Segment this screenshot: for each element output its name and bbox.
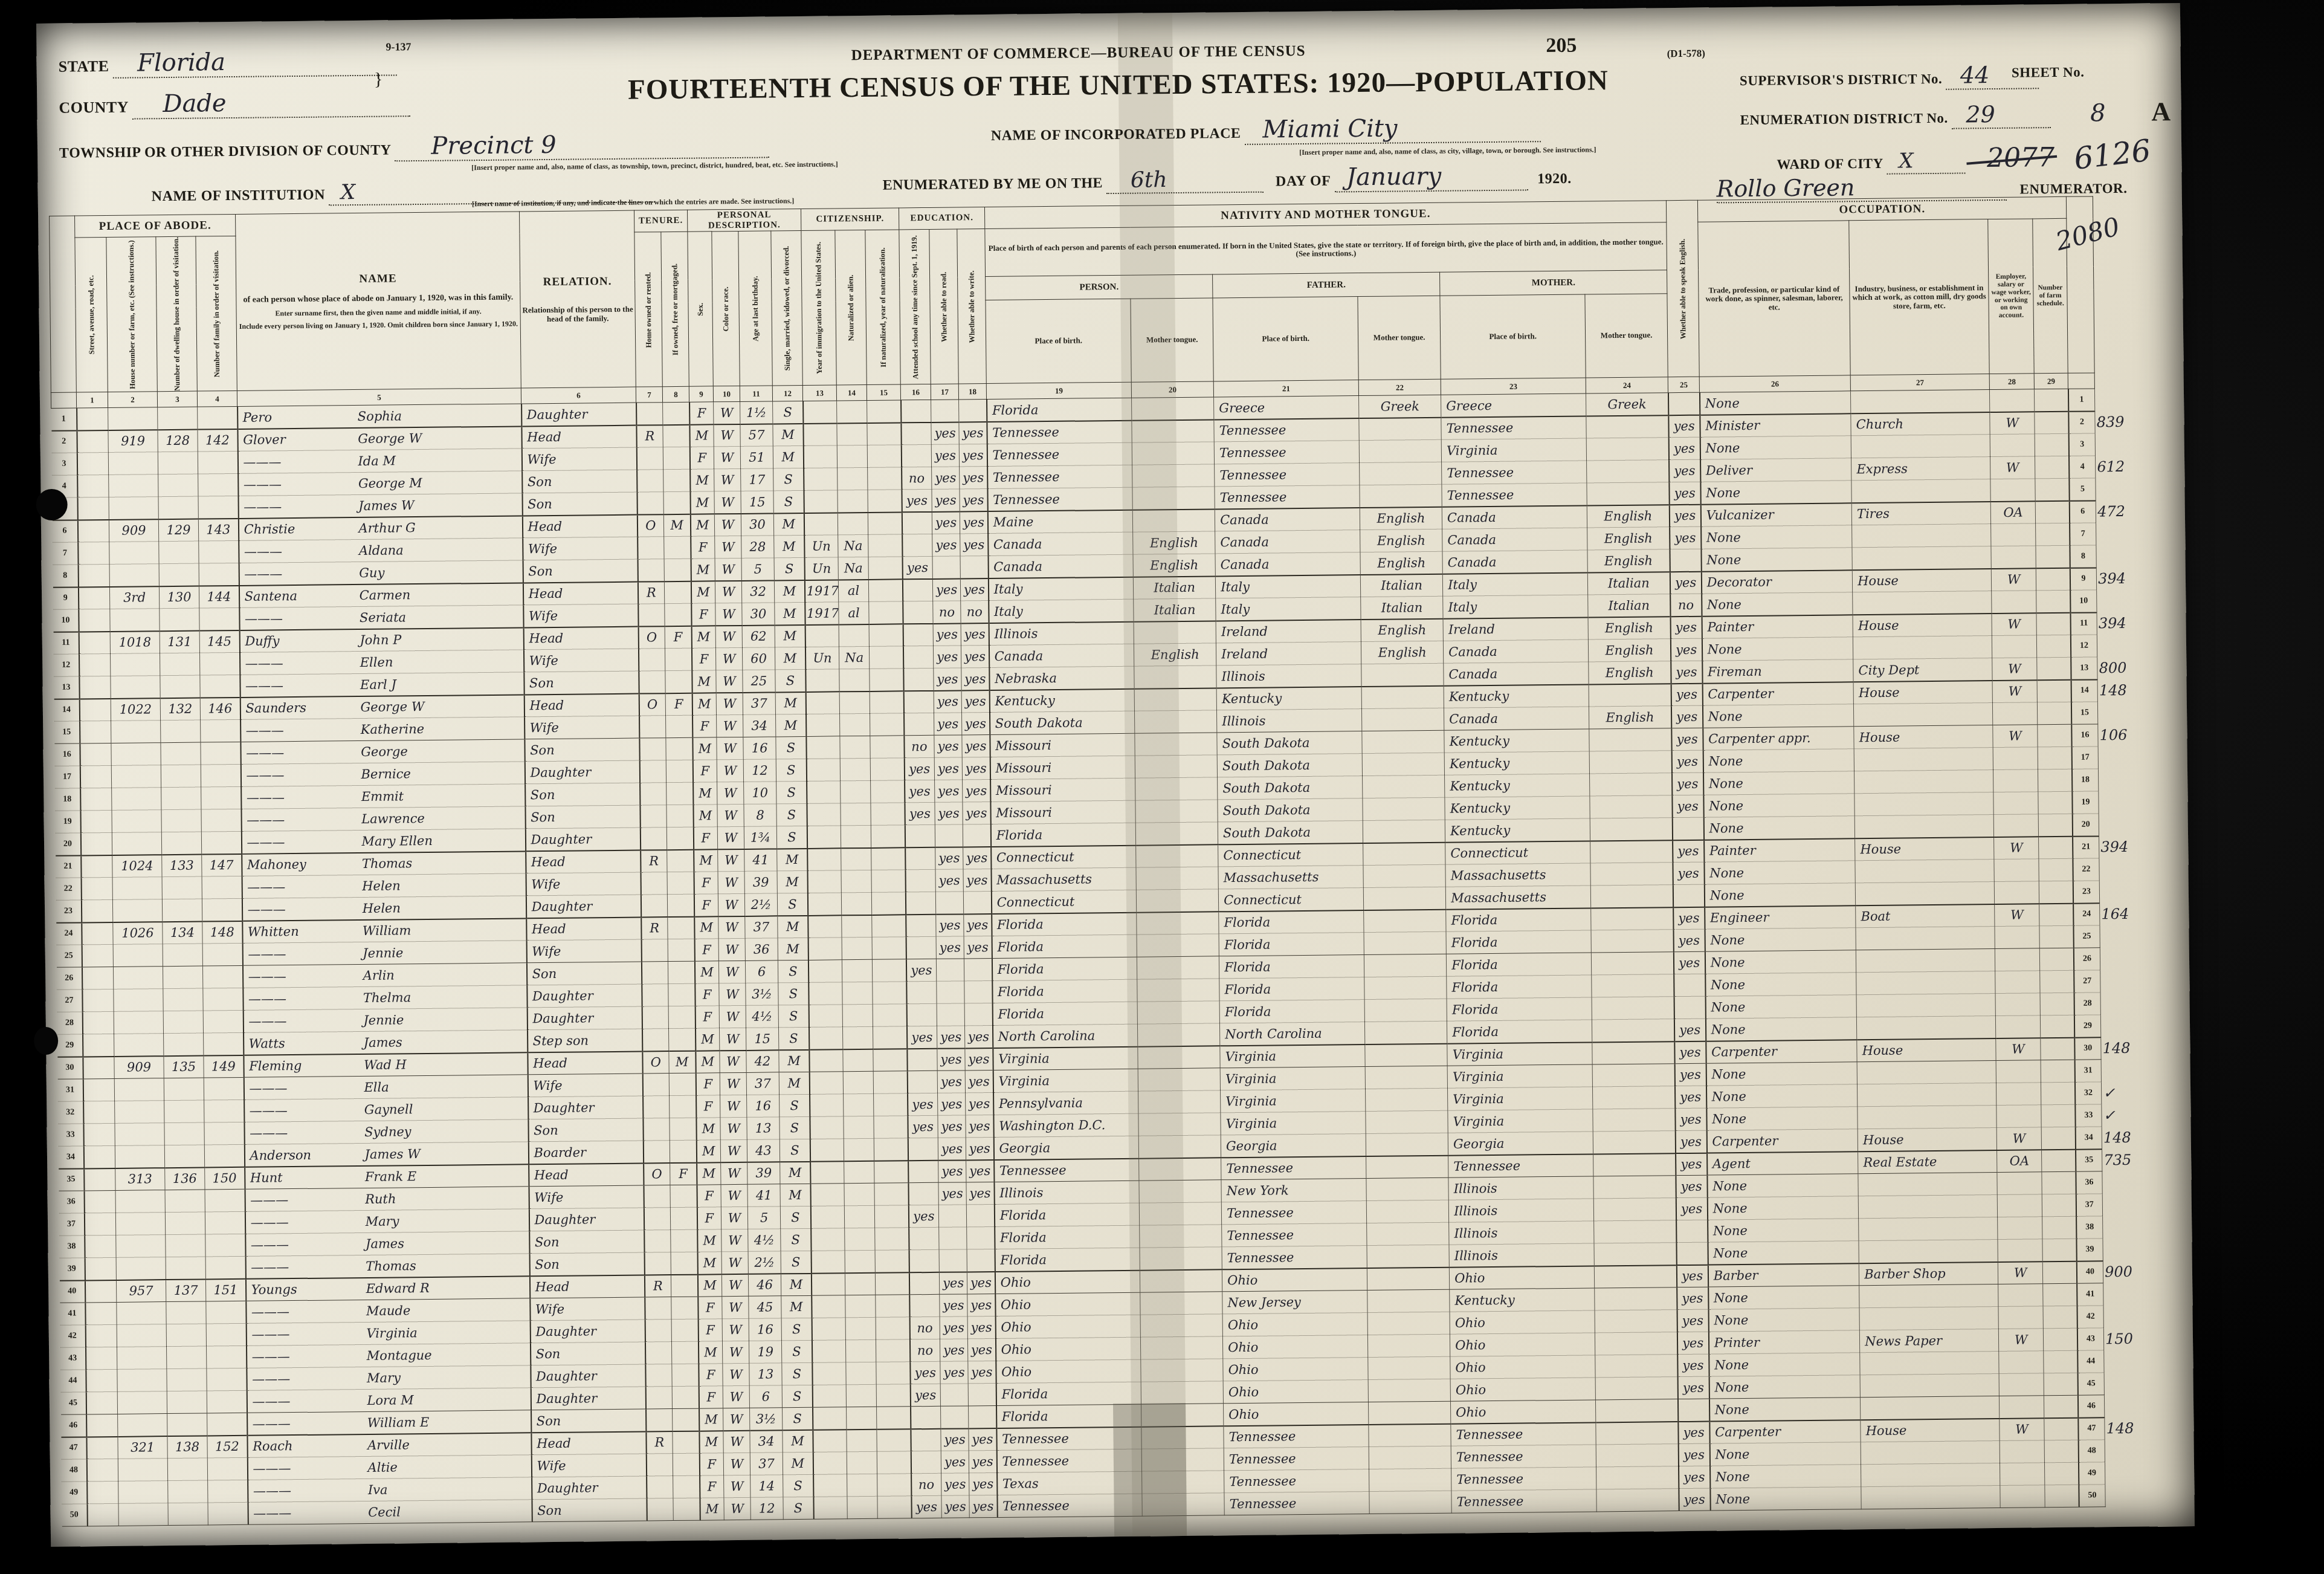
cell-col: W xyxy=(714,447,740,469)
cell-cls xyxy=(1997,1172,2042,1195)
cell-naty xyxy=(868,490,902,513)
cell-col: W xyxy=(723,1363,749,1385)
cell-rd: yes xyxy=(931,444,959,467)
cell-fpb: New Jersey xyxy=(1222,1291,1367,1314)
line-number-right: 23 xyxy=(2073,881,2099,903)
cell-nat: Na xyxy=(838,557,868,580)
surname: ——— xyxy=(244,476,358,492)
cell-imm xyxy=(812,1385,846,1408)
cell-naty xyxy=(873,1004,906,1027)
cell-mar: M xyxy=(779,1072,809,1094)
cell-pb: Texas xyxy=(997,1471,1142,1495)
county-label: COUNTY xyxy=(59,99,129,117)
cell-col: W xyxy=(717,782,744,805)
cell-cls xyxy=(1990,434,2035,457)
cell-street xyxy=(87,1482,118,1504)
cell-street xyxy=(82,1012,114,1034)
cell-eng xyxy=(1668,392,1700,415)
margin-number: 612 xyxy=(2096,455,2149,478)
cell-mt xyxy=(1132,487,1215,510)
cell-eng: yes xyxy=(1671,750,1703,772)
cell-imm xyxy=(806,714,840,737)
cell-fmt xyxy=(1368,1334,1450,1357)
cell-mpb: Canada xyxy=(1442,505,1587,529)
cell-wr: yes xyxy=(966,1138,993,1160)
cell-home xyxy=(642,1006,668,1029)
line-number-right: 18 xyxy=(2072,769,2099,791)
cell-mort xyxy=(673,1475,700,1498)
cell-mt xyxy=(1140,1314,1222,1337)
cell-fmt xyxy=(1367,1222,1449,1245)
given-name: Ella xyxy=(364,1080,389,1095)
cell-col: W xyxy=(722,1318,749,1341)
cell-naty xyxy=(867,400,901,423)
cell-mar: M xyxy=(774,536,804,558)
line-number-right: 49 xyxy=(2079,1462,2105,1485)
cell-age: 1½ xyxy=(740,401,773,424)
cell-street xyxy=(77,520,109,542)
cell-dwell: 138 xyxy=(167,1436,207,1459)
cell-street xyxy=(79,632,110,654)
cell-street xyxy=(86,1437,118,1459)
margin-number xyxy=(2103,1283,2157,1306)
given-name: William xyxy=(363,924,412,939)
cell-house xyxy=(112,832,161,855)
cell-cls xyxy=(1996,1015,2041,1038)
cell-rel: Daughter xyxy=(527,1006,642,1030)
cell-trade: None xyxy=(1702,592,1853,616)
cell-street xyxy=(81,855,112,878)
cell-name: ———Ruth xyxy=(245,1187,529,1212)
cell-home xyxy=(640,783,667,805)
cell-sex: F xyxy=(700,1475,724,1498)
cell-dwell xyxy=(166,1301,206,1324)
cell-dwell: 130 xyxy=(159,586,199,609)
cell-pb: South Dakota xyxy=(990,711,1135,734)
margin-number xyxy=(2103,1305,2157,1328)
cell-mort xyxy=(668,961,694,983)
cell-fpb: Tennessee xyxy=(1214,418,1359,442)
cell-sch xyxy=(911,1406,941,1428)
col-sex: Sex. xyxy=(688,232,713,386)
cell-farm xyxy=(2042,1261,2076,1284)
cell-age: 60 xyxy=(742,647,775,670)
cell-trade: None xyxy=(1708,1286,1859,1309)
cell-dwell: 129 xyxy=(158,519,198,542)
cell-fpb: Ohio xyxy=(1222,1313,1367,1336)
enumeration-district-value: 29 xyxy=(1951,100,2050,129)
cell-mt xyxy=(1138,1135,1221,1158)
given-name: James W xyxy=(364,1147,421,1162)
given-name: Carmen xyxy=(360,588,411,603)
cell-nat xyxy=(837,401,867,423)
cell-naty xyxy=(870,691,903,714)
cell-name: ———Mary Ellen xyxy=(241,829,525,854)
cell-fpb: Tennessee xyxy=(1224,1492,1369,1515)
cell-ind: House xyxy=(1853,681,1992,704)
cell-house xyxy=(115,1145,164,1168)
cell-col: W xyxy=(717,805,744,827)
cell-pb: Tennessee xyxy=(996,1449,1141,1472)
col-naturalization-year: If naturalized, year of naturalization. xyxy=(865,230,900,385)
cell-sch xyxy=(906,914,936,936)
cell-mt xyxy=(1141,1336,1223,1359)
surname: ——— xyxy=(248,968,363,984)
cell-mmt xyxy=(1590,840,1673,863)
sheet-label: SHEET No. xyxy=(2012,65,2085,80)
cell-nat xyxy=(841,825,871,847)
line-number-right: 32 xyxy=(2075,1082,2102,1104)
group-place-of-abode: PLACE OF ABODE. xyxy=(75,214,236,238)
cell-mmt xyxy=(1586,415,1668,438)
cell-mpb: Virginia xyxy=(1447,1064,1592,1088)
cell-ind: House xyxy=(1861,1419,2000,1442)
cell-mort xyxy=(668,916,694,939)
cell-farm xyxy=(2042,1194,2076,1217)
margin-number xyxy=(2099,813,2152,836)
cell-sch: yes xyxy=(906,959,937,981)
cell-fmt: English xyxy=(1360,529,1442,552)
cell-age: 37 xyxy=(743,692,775,715)
cell-cls xyxy=(2000,1485,2045,1508)
cell-fmt xyxy=(1362,753,1444,776)
cell-home xyxy=(643,1141,670,1163)
cell-naty xyxy=(868,512,902,535)
cell-age: 12 xyxy=(743,759,776,782)
cell-rel: Wife xyxy=(523,649,638,672)
given-name: Frank E xyxy=(365,1169,417,1184)
cell-name: ———George xyxy=(240,739,525,765)
cell-farm xyxy=(2038,769,2072,792)
cell-cls xyxy=(1998,1306,2043,1329)
cell-fpb: Virginia xyxy=(1221,1089,1366,1113)
cell-street xyxy=(77,475,109,497)
cell-mpb: Italy xyxy=(1442,572,1587,596)
col-naturalized: Naturalized or alien. xyxy=(835,230,867,385)
cell-mar: M xyxy=(775,625,805,647)
cell-mar: S xyxy=(780,1139,810,1161)
cell-sex: F xyxy=(689,402,714,424)
cell-fpb: Tennessee xyxy=(1215,463,1360,487)
cell-rel: Son xyxy=(531,1342,645,1365)
cell-rd: yes xyxy=(940,1317,967,1339)
line-number-right: 50 xyxy=(2079,1485,2105,1507)
cell-col: W xyxy=(714,469,741,491)
cell-mt xyxy=(1138,1068,1220,1091)
cell-cls xyxy=(1996,1105,2041,1128)
cell-age: 39 xyxy=(744,871,777,894)
cell-eng: yes xyxy=(1679,1466,1710,1488)
cell-trade: None xyxy=(1701,548,1852,571)
form-header: STATE Florida COUNTY Dade } TOWNSHIP OR … xyxy=(47,19,2182,216)
cell-rd: yes xyxy=(934,690,961,713)
given-name: Jennie xyxy=(363,945,403,960)
cell-pb: Florida xyxy=(992,1002,1137,1025)
cell-mar: S xyxy=(773,468,804,491)
cell-wr: yes xyxy=(960,489,987,511)
cell-sch xyxy=(905,824,935,847)
cell-ind xyxy=(1860,1374,1999,1397)
col-able-to-read: Whether able to read. xyxy=(929,229,958,384)
cell-mmt: English xyxy=(1587,549,1670,572)
cell-eng xyxy=(1676,1242,1708,1265)
cell-wr: yes xyxy=(964,914,992,936)
given-name: John P xyxy=(360,633,401,648)
cell-rd: yes xyxy=(934,735,962,757)
cell-mar: S xyxy=(775,670,805,692)
cell-naty xyxy=(870,669,903,691)
cell-dwell xyxy=(163,944,202,967)
margin-number xyxy=(2097,634,2151,657)
cell-mpb: Illinois xyxy=(1448,1176,1593,1200)
cell-name: ———Earl J xyxy=(240,672,524,698)
cell-sch: yes xyxy=(902,490,932,512)
cell-fpb: Connecticut xyxy=(1218,888,1363,912)
cell-farm xyxy=(2036,612,2070,635)
col-father-tongue: Mother tongue. xyxy=(1358,296,1441,380)
cell-mt xyxy=(1136,867,1218,890)
cell-dwell xyxy=(163,966,202,989)
cell-naty xyxy=(868,534,902,557)
surname: ——— xyxy=(247,901,362,917)
cell-fam xyxy=(204,1122,244,1145)
cell-fpb: South Dakota xyxy=(1217,754,1362,777)
cell-fpb: Tennessee xyxy=(1222,1223,1367,1247)
cell-home xyxy=(645,1364,672,1387)
cell-mmt xyxy=(1592,997,1674,1020)
cell-dwell xyxy=(162,899,202,922)
cell-name: ———William E xyxy=(247,1410,531,1436)
cell-mar: M xyxy=(773,513,804,536)
cell-fmt xyxy=(1369,1423,1451,1446)
cell-naty xyxy=(871,870,905,893)
line-number-right: 5 xyxy=(2069,478,2096,500)
cell-wr: yes xyxy=(969,1473,997,1495)
cell-mar: M xyxy=(776,714,806,737)
cell-sch xyxy=(901,445,931,467)
cell-trade: None xyxy=(1705,995,1856,1019)
cell-mt: Italian xyxy=(1133,576,1215,599)
cell-sex: M xyxy=(694,961,718,983)
line-number: 42 xyxy=(60,1325,85,1347)
cell-age: 37 xyxy=(750,1453,783,1475)
cell-trade: None xyxy=(1702,637,1853,661)
cell-street xyxy=(79,676,111,699)
cell-name: ———Lawrence xyxy=(241,806,525,832)
cell-mpb: Ohio xyxy=(1450,1333,1595,1356)
cell-fmt xyxy=(1364,976,1447,999)
cell-mar: S xyxy=(781,1318,812,1340)
given-name: Ruth xyxy=(365,1192,396,1206)
cell-mar: M xyxy=(780,1161,810,1184)
cell-mpb: Greece xyxy=(1441,393,1586,417)
line-number-right: 25 xyxy=(2073,925,2100,948)
cell-fam xyxy=(202,965,242,988)
cell-fmt xyxy=(1363,864,1445,887)
cell-cls xyxy=(2000,1396,2044,1419)
cell-naty xyxy=(877,1407,911,1430)
cell-rel: Wife xyxy=(529,1185,644,1209)
margin-number xyxy=(2099,791,2152,814)
cell-age: 5 xyxy=(741,558,774,581)
line-number: 30 xyxy=(57,1057,83,1079)
cell-col: W xyxy=(723,1385,749,1408)
cell-mar: S xyxy=(779,1027,809,1049)
cell-ind xyxy=(1856,994,1995,1017)
cell-fmt xyxy=(1363,797,1445,820)
cell-mort xyxy=(669,1028,696,1051)
cell-sex: M xyxy=(690,514,714,536)
cell-trade: None xyxy=(1700,436,1851,459)
cell-dwell xyxy=(167,1368,207,1391)
surname: Mahoney xyxy=(247,857,362,872)
cell-ind: News Paper xyxy=(1860,1329,1999,1353)
cell-ind xyxy=(1859,1284,1998,1308)
margin-number xyxy=(2096,478,2149,500)
cell-nat xyxy=(846,1362,876,1384)
line-number: 20 xyxy=(55,833,80,855)
cell-cls xyxy=(1995,971,2040,994)
cell-eng: yes xyxy=(1676,1265,1708,1287)
cell-sex: M xyxy=(692,737,717,760)
cell-rel: Head xyxy=(523,581,637,605)
cell-street xyxy=(85,1325,117,1347)
cell-sex: M xyxy=(692,693,716,715)
given-name: Iva xyxy=(368,1483,388,1497)
cell-dwell xyxy=(164,1122,204,1145)
cell-age: 10 xyxy=(744,782,776,805)
cell-age: 34 xyxy=(750,1430,783,1453)
cell-wr: yes xyxy=(961,668,989,690)
place-label: NAME OF INCORPORATED PLACE xyxy=(991,126,1241,144)
cell-nat: al xyxy=(839,602,869,624)
cell-wr: yes xyxy=(969,1451,996,1473)
cell-mar: M xyxy=(783,1452,813,1474)
cell-rel: Son xyxy=(522,470,637,493)
line-number-header xyxy=(50,216,77,392)
cell-eng: yes xyxy=(1669,459,1700,482)
col-person-birthplace: Place of birth. xyxy=(986,299,1131,384)
surname: ——— xyxy=(250,1125,364,1141)
cell-house: 1022 xyxy=(111,698,160,721)
cell-rel: Head xyxy=(523,626,638,650)
cell-col: W xyxy=(723,1453,750,1475)
surname: ——— xyxy=(251,1326,366,1342)
surname: Roach xyxy=(253,1438,367,1454)
cell-trade: None xyxy=(1706,1084,1858,1108)
cell-fpb: Canada xyxy=(1215,552,1360,576)
margin-number: 148 xyxy=(2101,1037,2154,1060)
margin-number xyxy=(2103,1238,2156,1261)
line-number: 35 xyxy=(59,1168,84,1191)
cell-imm xyxy=(811,1228,845,1251)
cell-sch: yes xyxy=(910,1361,940,1384)
cell-mar: S xyxy=(776,826,807,849)
cell-col: W xyxy=(719,1005,746,1028)
cell-col: W xyxy=(717,737,743,760)
line-number-right: 4 xyxy=(2069,456,2096,478)
cell-mar: M xyxy=(781,1295,812,1318)
cell-dwell xyxy=(161,787,201,810)
cell-eng: yes xyxy=(1669,482,1700,504)
cell-mort xyxy=(670,1207,697,1229)
cell-imm xyxy=(807,870,841,893)
cell-rd xyxy=(932,556,960,578)
cell-rd xyxy=(939,1227,967,1249)
cell-trade: None xyxy=(1710,1487,1861,1511)
cell-wr: yes xyxy=(967,1317,995,1339)
cell-wr: yes xyxy=(966,1182,994,1205)
cell-age: 30 xyxy=(742,603,775,626)
cell-street xyxy=(78,565,109,587)
cell-street xyxy=(78,587,109,609)
line-number-right: 27 xyxy=(2074,970,2100,993)
cell-eng: no xyxy=(1670,594,1702,616)
cell-imm xyxy=(806,759,840,782)
cell-sch: yes xyxy=(907,1026,937,1048)
group-relation: RELATION. Relationship of this person to… xyxy=(520,210,636,388)
line-number-right: 8 xyxy=(2070,545,2096,568)
cell-home xyxy=(639,760,666,783)
margin-number xyxy=(2096,522,2149,545)
cell-fpb: Virginia xyxy=(1221,1112,1366,1135)
cell-nat xyxy=(844,1116,874,1138)
cell-mt xyxy=(1141,1448,1224,1471)
cell-sch xyxy=(903,646,934,668)
cell-eng xyxy=(1670,549,1701,571)
cell-sex: F xyxy=(699,1364,723,1386)
cell-mort xyxy=(666,715,692,737)
cell-dwell: 133 xyxy=(162,854,202,877)
cell-farm xyxy=(2039,836,2073,859)
cell-trade: None xyxy=(1700,481,1851,504)
cell-mt xyxy=(1134,621,1216,644)
cell-nat xyxy=(846,1339,876,1362)
cell-pb: North Carolina xyxy=(993,1024,1138,1048)
col-family-number: Number of family in order of visitation. xyxy=(196,236,237,391)
col-father-birthplace: Place of birth. xyxy=(1213,296,1358,381)
cell-age: 4½ xyxy=(748,1229,781,1252)
surname: ——— xyxy=(248,1013,363,1029)
cell-mmt xyxy=(1595,1310,1677,1333)
cell-eng: yes xyxy=(1673,840,1704,862)
cell-eng: yes xyxy=(1672,772,1703,795)
cell-mmt xyxy=(1594,1243,1676,1266)
cell-imm xyxy=(809,1005,842,1028)
cell-col: W xyxy=(720,1139,747,1162)
cell-mpb: Ireland xyxy=(1443,617,1588,641)
cell-fpb: Tennessee xyxy=(1224,1425,1369,1448)
township-label: TOWNSHIP OR OTHER DIVISION OF COUNTY xyxy=(59,142,392,161)
cell-sex: F xyxy=(694,894,718,916)
surname: Youngs xyxy=(251,1281,366,1297)
cell-rd xyxy=(935,892,963,914)
cell-dwell xyxy=(161,742,201,765)
cell-farm xyxy=(2035,411,2068,434)
cell-col: W xyxy=(720,1095,747,1117)
cell-sex: M xyxy=(694,916,718,939)
cell-naty xyxy=(869,601,903,624)
cell-house xyxy=(113,944,163,967)
cell-sch xyxy=(911,1451,941,1473)
line-number-right: 7 xyxy=(2070,523,2096,545)
cell-age: 51 xyxy=(740,446,773,469)
line-number: 10 xyxy=(53,609,79,632)
cell-cls xyxy=(1999,1373,2044,1396)
cell-rel: Wife xyxy=(528,1074,642,1097)
col-speak-english: Whether able to speak English. xyxy=(1667,200,1700,377)
cell-ind xyxy=(1851,435,1990,458)
